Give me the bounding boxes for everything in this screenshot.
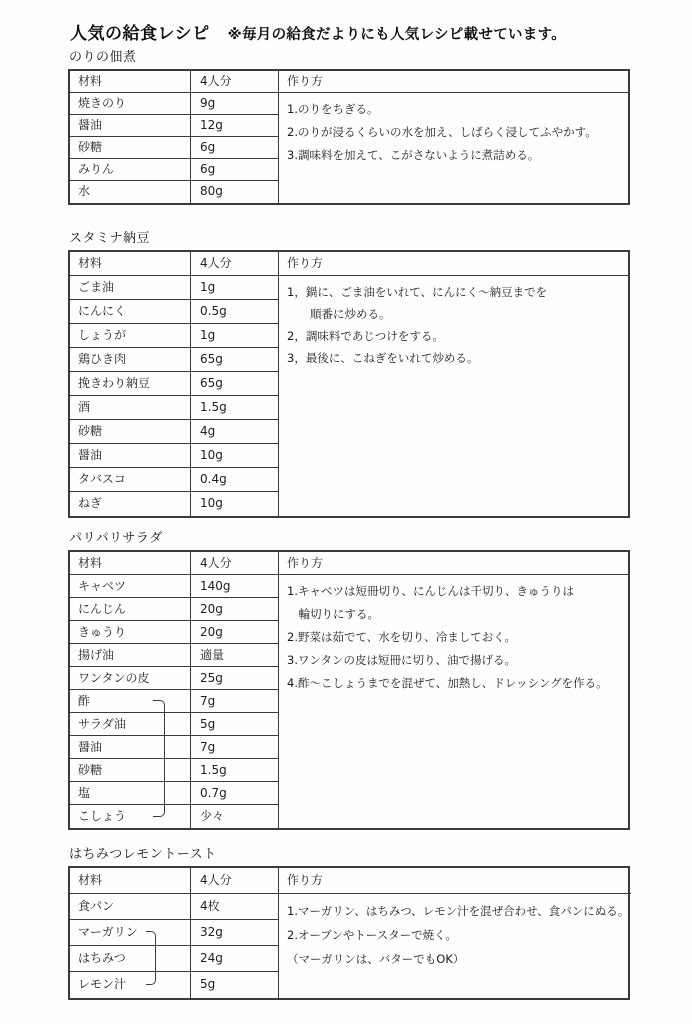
ingredient-amount: 6g — [191, 137, 278, 158]
ingredient-row: マーガリン 32g — [70, 920, 278, 946]
ingredient-amount: 1g — [191, 324, 278, 347]
ingredient-name: 砂糖 — [70, 759, 191, 781]
recipe-card-stamina-natto: スタミナ納豆 材料 4人分 ごま油 1g — [68, 231, 630, 518]
ingredient-amount: 9g — [191, 93, 278, 114]
header-serving: 4人分 — [191, 71, 278, 92]
ingredient-name: こしょう — [70, 805, 191, 828]
ingredient-row: ごま油 1g — [70, 276, 278, 300]
ingredient-name: 鶏ひき肉 — [70, 348, 191, 371]
ingredient-amount: 7g — [191, 690, 278, 712]
ingredient-name: 揚げ油 — [70, 644, 191, 666]
ingredient-row: 酢 7g — [70, 690, 278, 713]
ingredients-column: 材料 4人分 キャベツ 140g にんじん 20g — [70, 552, 279, 828]
ingredient-row: はちみつ 24g — [70, 946, 278, 972]
header-ingredient: 材料 — [70, 552, 191, 574]
ingredient-row: しょうが 1g — [70, 324, 278, 348]
ingredient-name: ごま油 — [70, 276, 191, 299]
ingredient-amount: 5g — [191, 972, 278, 998]
method-step: 3.ワンタンの皮は短冊に切り、油で揚げる。 — [287, 649, 626, 672]
ingredient-name: きゅうり — [70, 621, 191, 643]
recipe-title: スタミナ納豆 — [69, 231, 630, 247]
ingredient-row: 醤油 12g — [70, 115, 278, 137]
method-step: （マーガリンは、バターでもOK） — [287, 947, 629, 971]
ingredient-group-bracket — [146, 931, 156, 985]
ingredient-row: 醤油 7g — [70, 736, 278, 759]
ingredient-name: 塩 — [70, 782, 191, 804]
ingredient-name: にんじん — [70, 598, 191, 620]
method-steps: 1.マーガリン、はちみつ、レモン汁を混ぜ合わせ、食パンにぬる。 2.オーブンやト… — [279, 894, 631, 971]
header-serving: 4人分 — [191, 552, 278, 574]
recipe-table: 材料 4人分 焼きのり 9g 醤油 12g — [68, 69, 630, 205]
method-step: 2，調味料であじつけをする。 — [287, 325, 626, 347]
ingredient-amount: 1.5g — [191, 396, 278, 419]
ingredient-amount: 1g — [191, 276, 278, 299]
method-step: 1.キャベツは短冊切り、にんじんは千切り、きゅうりは — [287, 580, 626, 603]
ingredient-row: 焼きのり 9g — [70, 93, 278, 115]
ingredient-amount: 65g — [191, 372, 278, 395]
ingredient-row: 挽きわり納豆 65g — [70, 372, 278, 396]
method-step: 4.酢～こしょうまでを混ぜて、加熱し、ドレッシングを作る。 — [287, 672, 626, 695]
document-page: 人気の給食レシピ※毎月の給食だよりにも人気レシピ載せています。 のりの佃煮 材料… — [0, 0, 692, 1024]
ingredient-name: みりん — [70, 159, 191, 180]
method-steps: 1，鍋に、ごま油をいれて、にんにく～納豆までを 順番に炒める。 2，調味料であじ… — [279, 276, 628, 369]
ingredient-row: 塩 0.7g — [70, 782, 278, 805]
ingredient-row: ねぎ 10g — [70, 492, 278, 516]
ingredient-name: 酢 — [70, 690, 191, 712]
method-step: 2.オーブンやトースターで焼く。 — [287, 923, 629, 947]
ingredient-amount: 4g — [191, 420, 278, 443]
ingredient-name: キャベツ — [70, 575, 191, 597]
ingredient-amount: 24g — [191, 946, 278, 971]
ingredient-row: ワンタンの皮 25g — [70, 667, 278, 690]
ingredient-rows: 焼きのり 9g 醤油 12g 砂糖 6g — [70, 93, 278, 203]
ingredient-row: タバスコ 0.4g — [70, 468, 278, 492]
table-header-row: 材料 4人分 — [70, 252, 278, 276]
method-step: 3.調味料を加えて、こがさないように煮詰める。 — [287, 144, 626, 167]
recipe-card-paripari-salad: パリパリサラダ 材料 4人分 キャベツ 140g — [68, 531, 630, 830]
method-step: 1，鍋に、ごま油をいれて、にんにく～納豆までを — [287, 281, 626, 303]
ingredient-amount: 80g — [191, 181, 278, 203]
ingredient-row: 水 80g — [70, 181, 278, 203]
ingredient-name: 醤油 — [70, 115, 191, 136]
ingredient-name: 焼きのり — [70, 93, 191, 114]
recipe-table: 材料 4人分 ごま油 1g にんにく 0.5g — [68, 250, 630, 518]
ingredient-rows: ごま油 1g にんにく 0.5g しょうが 1g — [70, 276, 278, 516]
ingredient-amount: 20g — [191, 621, 278, 643]
ingredient-amount: 0.5g — [191, 300, 278, 323]
ingredient-name: 水 — [70, 181, 191, 203]
ingredient-row: サラダ油 5g — [70, 713, 278, 736]
ingredient-amount: 140g — [191, 575, 278, 597]
ingredient-amount: 0.7g — [191, 782, 278, 804]
method-step: 1.のりをちぎる。 — [287, 98, 626, 121]
ingredient-row: きゅうり 20g — [70, 621, 278, 644]
ingredient-row: 砂糖 1.5g — [70, 759, 278, 782]
header-method: 作り方 — [279, 71, 628, 93]
ingredient-row: 食パン 4枚 — [70, 894, 278, 920]
ingredient-amount: 25g — [191, 667, 278, 689]
header-method: 作り方 — [279, 252, 628, 276]
ingredient-amount: 12g — [191, 115, 278, 136]
recipe-table: 材料 4人分 食パン 4枚 マーガリン 32g — [68, 866, 630, 1000]
ingredient-group-bracket — [153, 700, 165, 817]
method-step: 1.マーガリン、はちみつ、レモン汁を混ぜ合わせ、食パンにぬる。 — [287, 899, 629, 923]
ingredient-amount: 0.4g — [191, 468, 278, 491]
ingredient-name: 醤油 — [70, 736, 191, 758]
header-ingredient: 材料 — [70, 868, 191, 893]
ingredient-name: ねぎ — [70, 492, 191, 516]
ingredient-amount: 適量 — [191, 644, 278, 666]
ingredient-amount: 20g — [191, 598, 278, 620]
ingredient-row: みりん 6g — [70, 159, 278, 181]
ingredient-amount: 10g — [191, 492, 278, 516]
header-serving: 4人分 — [191, 868, 278, 893]
method-step: 2.野菜は茹でて、水を切り、冷ましておく。 — [287, 626, 626, 649]
ingredient-amount: 7g — [191, 736, 278, 758]
ingredient-row: こしょう 少々 — [70, 805, 278, 828]
recipe-title: のりの佃煮 — [69, 50, 630, 66]
ingredient-name: 挽きわり納豆 — [70, 372, 191, 395]
method-steps: 1.のりをちぎる。 2.のりが浸るくらいの水を加え、しばらく浸してふやかす。 3… — [279, 93, 628, 167]
ingredient-rows: 食パン 4枚 マーガリン 32g はちみつ 24g — [70, 894, 278, 998]
ingredient-row: キャベツ 140g — [70, 575, 278, 598]
method-column: 作り方 1.のりをちぎる。 2.のりが浸るくらいの水を加え、しばらく浸してふやか… — [279, 71, 628, 203]
ingredient-amount: 10g — [191, 444, 278, 467]
ingredient-row: 揚げ油 適量 — [70, 644, 278, 667]
recipe-title: はちみつレモントースト — [69, 847, 630, 863]
ingredient-amount: 6g — [191, 159, 278, 180]
ingredient-name: はちみつ — [70, 946, 191, 971]
page-title: 人気の給食レシピ — [70, 24, 210, 44]
ingredient-name: にんにく — [70, 300, 191, 323]
ingredients-column: 材料 4人分 食パン 4枚 マーガリン 32g — [70, 868, 279, 998]
method-column: 作り方 1，鍋に、ごま油をいれて、にんにく～納豆までを 順番に炒める。 2，調味… — [279, 252, 628, 516]
header-method: 作り方 — [279, 552, 628, 575]
ingredient-row: 鶏ひき肉 65g — [70, 348, 278, 372]
ingredient-name: ワンタンの皮 — [70, 667, 191, 689]
ingredient-amount: 1.5g — [191, 759, 278, 781]
recipe-card-honey-lemon-toast: はちみつレモントースト 材料 4人分 食パン 4枚 — [68, 847, 630, 1000]
ingredients-column: 材料 4人分 焼きのり 9g 醤油 12g — [70, 71, 279, 203]
recipe-list: のりの佃煮 材料 4人分 焼きのり 9g — [68, 50, 630, 1000]
recipe-table: 材料 4人分 キャベツ 140g にんじん 20g — [68, 550, 630, 830]
ingredient-name: タバスコ — [70, 468, 191, 491]
method-step: 輪切りにする。 — [287, 603, 626, 626]
ingredient-name: 食パン — [70, 894, 191, 919]
ingredient-amount: 65g — [191, 348, 278, 371]
ingredient-name: マーガリン — [70, 920, 191, 945]
header-ingredient: 材料 — [70, 252, 191, 275]
ingredient-amount: 4枚 — [191, 894, 278, 919]
ingredient-row: 砂糖 6g — [70, 137, 278, 159]
ingredient-name: しょうが — [70, 324, 191, 347]
ingredient-row: 醤油 10g — [70, 444, 278, 468]
table-header-row: 材料 4人分 — [70, 868, 278, 894]
ingredient-name: 砂糖 — [70, 137, 191, 158]
page-title-row: 人気の給食レシピ※毎月の給食だよりにも人気レシピ載せています。 — [70, 24, 692, 44]
ingredient-name: 醤油 — [70, 444, 191, 467]
header-method: 作り方 — [279, 868, 631, 894]
header-ingredient: 材料 — [70, 71, 191, 92]
ingredient-amount: 少々 — [191, 805, 278, 828]
method-column: 作り方 1.キャベツは短冊切り、にんじんは千切り、きゅうりは 輪切りにする。 2… — [279, 552, 628, 828]
ingredient-row: 砂糖 4g — [70, 420, 278, 444]
page-title-note: ※毎月の給食だよりにも人気レシピ載せています。 — [228, 27, 566, 43]
ingredients-column: 材料 4人分 ごま油 1g にんにく 0.5g — [70, 252, 279, 516]
ingredient-amount: 5g — [191, 713, 278, 735]
ingredient-name: レモン汁 — [70, 972, 191, 998]
ingredient-name: 砂糖 — [70, 420, 191, 443]
ingredient-rows: キャベツ 140g にんじん 20g きゅうり 20g — [70, 575, 278, 828]
ingredient-row: にんにく 0.5g — [70, 300, 278, 324]
method-column: 作り方 1.マーガリン、はちみつ、レモン汁を混ぜ合わせ、食パンにぬる。 2.オー… — [279, 868, 631, 998]
method-steps: 1.キャベツは短冊切り、にんじんは千切り、きゅうりは 輪切りにする。 2.野菜は… — [279, 575, 628, 695]
ingredient-row: 酒 1.5g — [70, 396, 278, 420]
ingredient-name: 酒 — [70, 396, 191, 419]
ingredient-amount: 32g — [191, 920, 278, 945]
table-header-row: 材料 4人分 — [70, 71, 278, 93]
table-header-row: 材料 4人分 — [70, 552, 278, 575]
method-step: 2.のりが浸るくらいの水を加え、しばらく浸してふやかす。 — [287, 121, 626, 144]
ingredient-row: にんじん 20g — [70, 598, 278, 621]
recipe-card-nori-tsukudani: のりの佃煮 材料 4人分 焼きのり 9g — [68, 50, 630, 205]
ingredient-row: レモン汁 5g — [70, 972, 278, 998]
ingredient-name: サラダ油 — [70, 713, 191, 735]
recipe-title: パリパリサラダ — [69, 531, 630, 547]
header-serving: 4人分 — [191, 252, 278, 275]
method-step: 3，最後に、こねぎをいれて炒める。 — [287, 347, 626, 369]
method-step: 順番に炒める。 — [287, 303, 626, 325]
